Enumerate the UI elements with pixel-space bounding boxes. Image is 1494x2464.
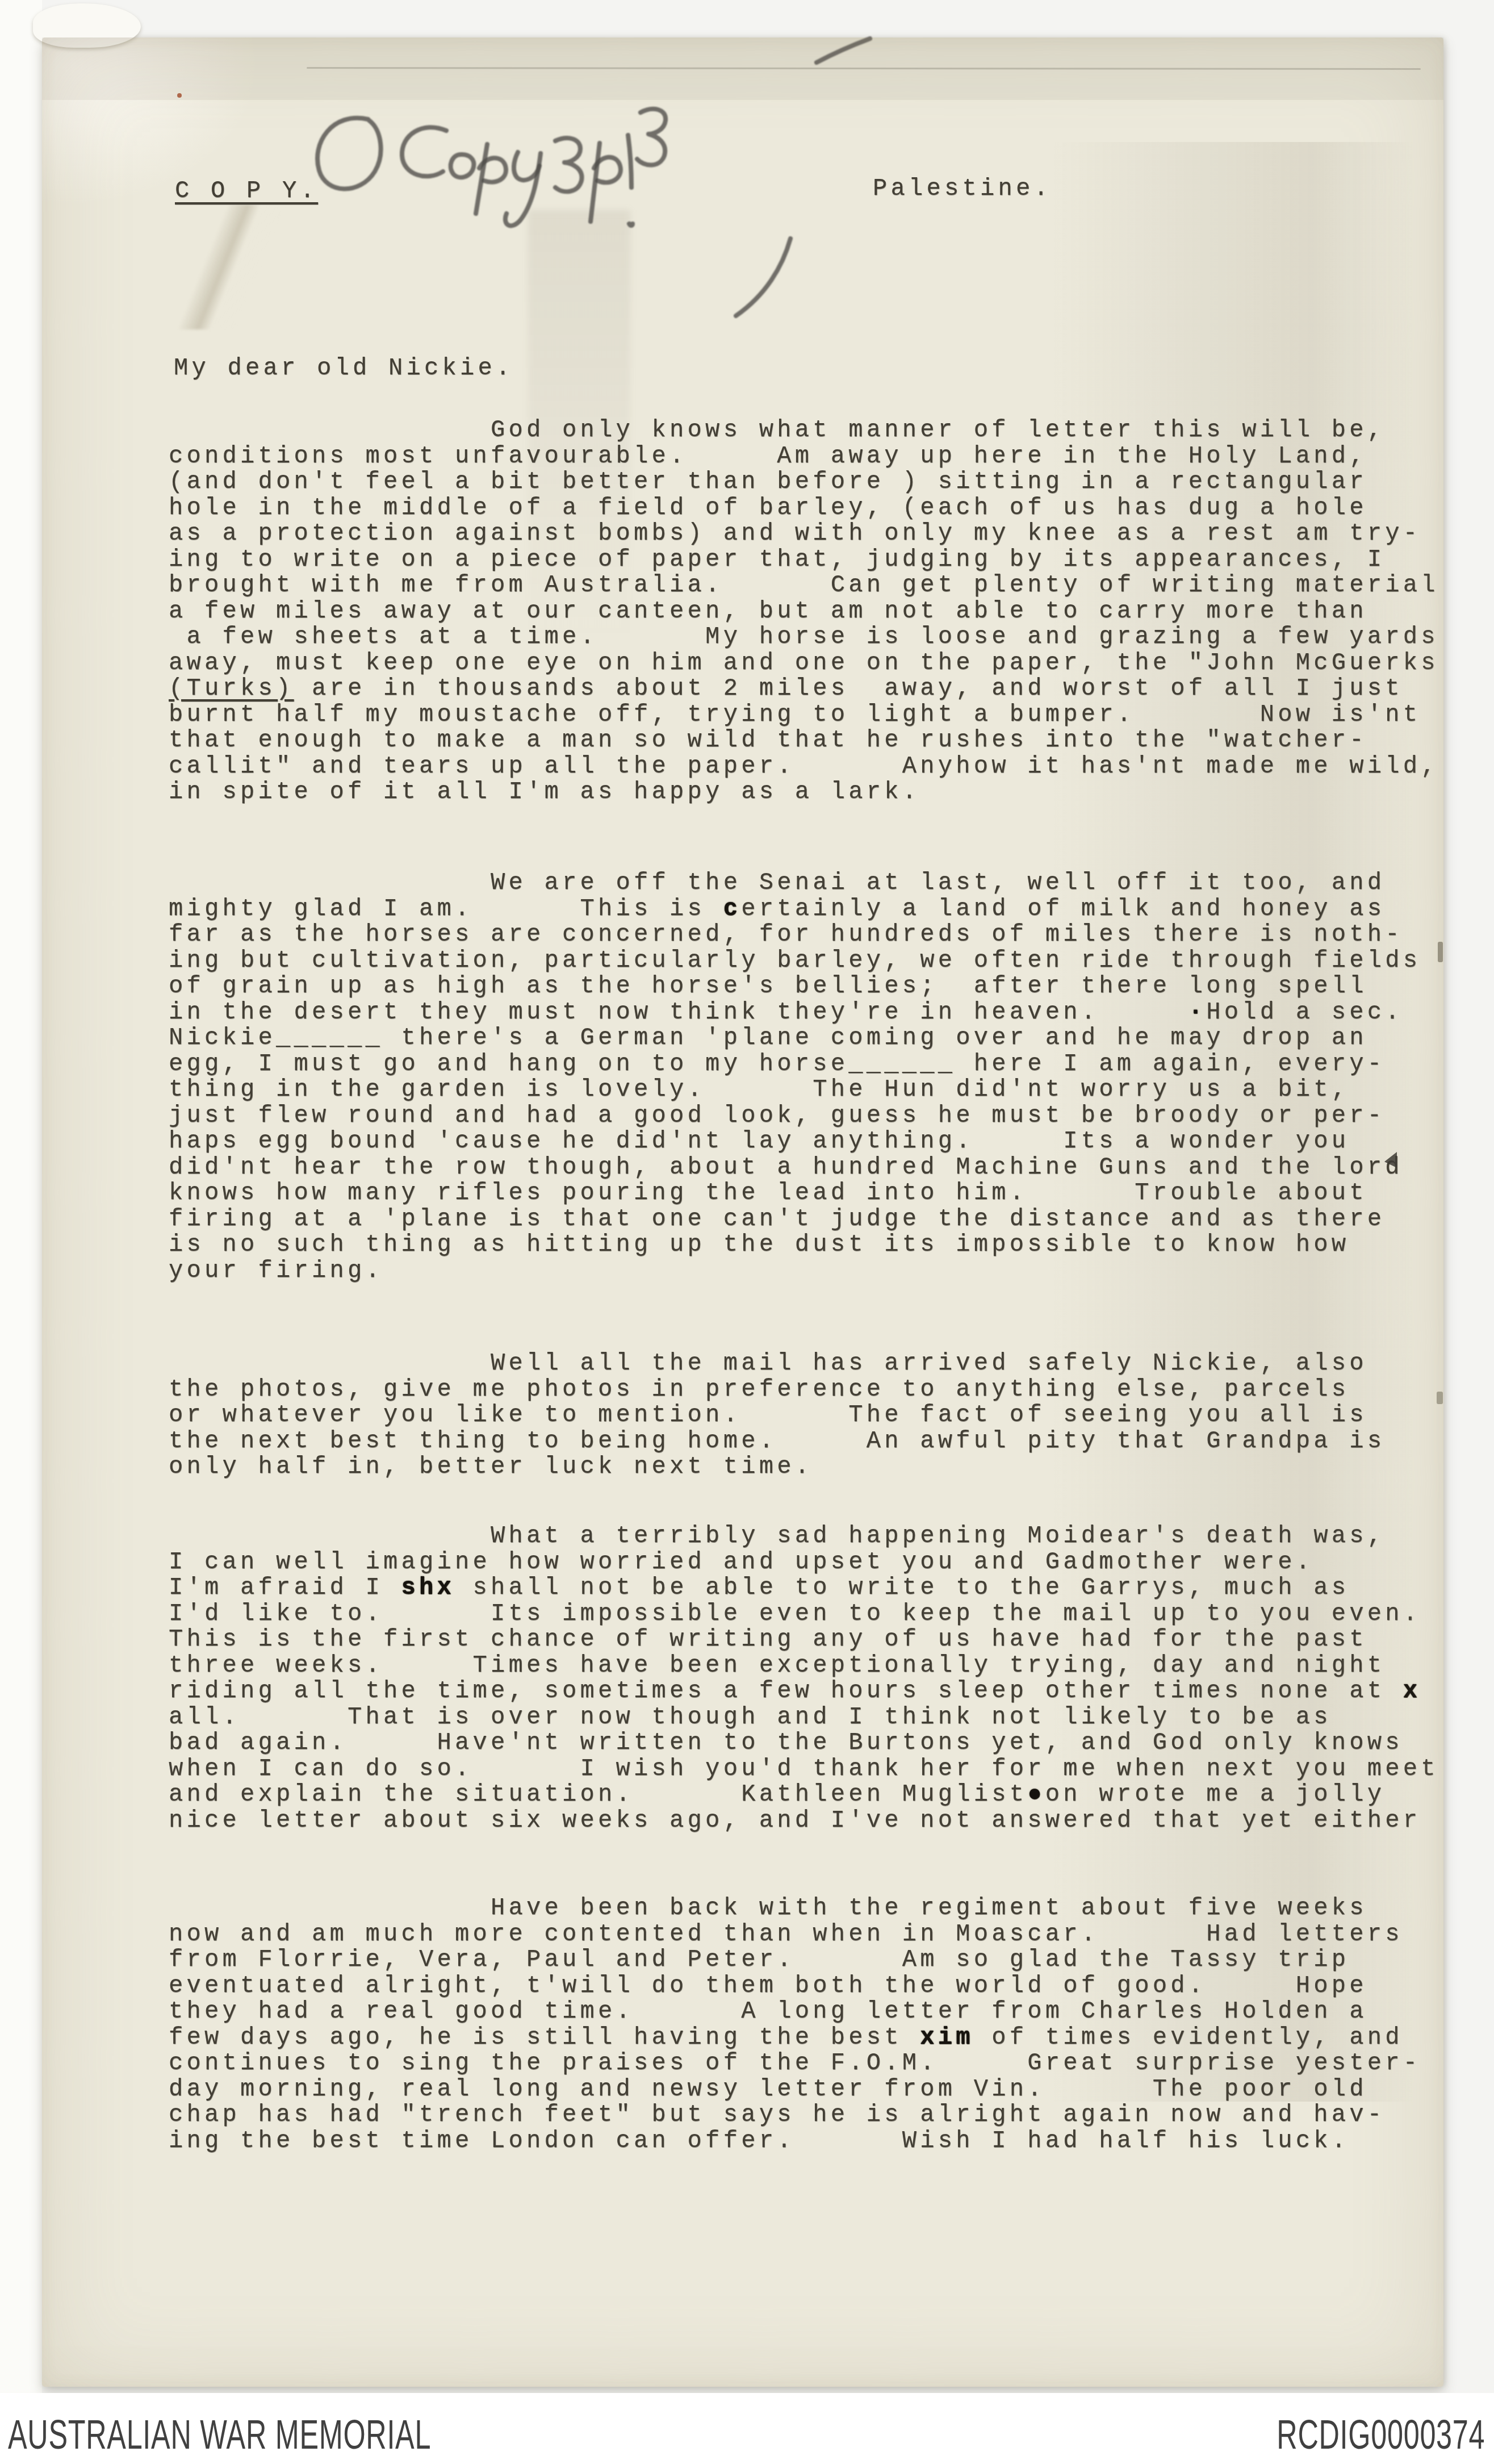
letter-line: We are off the Senai at last, well off i… (169, 870, 1469, 896)
letter-paragraph-5: Have been back with the regiment about f… (169, 1895, 1469, 2154)
letter-line: just flew round and had a good look, gue… (169, 1103, 1469, 1129)
letter-line: all. That is over now though and I think… (169, 1705, 1469, 1731)
letter-line: that enough to make a man so wild that h… (169, 728, 1469, 754)
letter-line: from Florrie, Vera, Paul and Peter. Am s… (169, 1947, 1469, 1973)
letter-line: far as the horses are concerned, for hun… (169, 922, 1469, 948)
letter-line: thing in the garden is lovely. The Hun d… (169, 1077, 1469, 1103)
letter-paragraph-3: Well all the mail has arrived safely Nic… (169, 1351, 1469, 1480)
paper-torn-corner (33, 3, 141, 48)
letter-line: continues to sing the praises of the F.O… (169, 2050, 1469, 2077)
letter-paragraph-2: We are off the Senai at last, well off i… (169, 870, 1469, 1284)
letter-line: the next best thing to being home. An aw… (169, 1429, 1469, 1455)
letter-line: chap has had "trench feet" but says he i… (169, 2102, 1469, 2128)
letter-line: did'nt hear the row though, about a hund… (169, 1155, 1469, 1181)
letter-line: burnt half my moustache off, trying to l… (169, 702, 1469, 728)
letter-line: This is the first chance of writing any … (169, 1627, 1469, 1653)
letter-line: they had a real good time. A long letter… (169, 1999, 1469, 2025)
letter-line: is no such thing as hitting up the dust … (169, 1232, 1469, 1258)
location-label: Palestine. (873, 175, 1052, 202)
archive-name: AUSTRALIAN WAR MEMORIAL (8, 2412, 431, 2458)
letter-line: only half in, better luck next time. (169, 1454, 1469, 1480)
underlined-text: (Turks) (169, 675, 294, 702)
letter-line: brought with me from Australia. Can get … (169, 573, 1469, 599)
letter-line: conditions most unfavourable. Am away up… (169, 444, 1469, 470)
letter-line: when I can do so. I wish you'd thank her… (169, 1756, 1469, 1782)
letter-line: a few sheets at a time. My horse is loos… (169, 624, 1469, 650)
letter-line: three weeks. Times have been exceptional… (169, 1653, 1469, 1679)
letter-line: firing at a 'plane is that one can't jud… (169, 1206, 1469, 1233)
letter-line: the photos, give me photos in preference… (169, 1377, 1469, 1403)
letter-line: ing to write on a piece of paper that, j… (169, 547, 1469, 573)
letter-line: riding all the time, sometimes a few hou… (169, 1678, 1469, 1705)
letter-line: mighty glad I am. This is certainly a la… (169, 896, 1469, 922)
letter-line: hole in the middle of a field of barley,… (169, 495, 1469, 521)
letter-line: eventuated alright, t'will do them both … (169, 1973, 1469, 1999)
letter-line: day morning, real long and newsy letter … (169, 2077, 1469, 2103)
letter-line: nice letter about six weeks ago, and I'v… (169, 1808, 1469, 1834)
copy-label: C O P Y. (175, 177, 318, 204)
overstruck-text: c (723, 895, 742, 922)
letter-line: ing the best time London can offer. Wish… (169, 2128, 1469, 2154)
letter-line: (and don't feel a bit better than before… (169, 469, 1469, 495)
letter-paragraph-4: What a terribly sad happening Moidear's … (169, 1523, 1469, 1834)
letter-line: Well all the mail has arrived safely Nic… (169, 1351, 1469, 1377)
letter-line: now and am much more contented than when… (169, 1922, 1469, 1948)
letter-line: What a terribly sad happening Moidear's … (169, 1523, 1469, 1550)
overstruck-text: ● (1027, 1781, 1045, 1808)
letter-line: your firing. (169, 1258, 1469, 1284)
scan-footer: AUSTRALIAN WAR MEMORIAL RCDIG0000374 (0, 2393, 1494, 2464)
letter-line: haps egg bound 'cause he did'nt lay anyt… (169, 1129, 1469, 1155)
overstruck-text: xim (920, 2024, 974, 2051)
letter-line: in spite of it all I'm as happy as a lar… (169, 779, 1469, 805)
letter-line: callit" and tears up all the paper. Anyh… (169, 754, 1469, 780)
letter-line: as a protection against bombs) and with … (169, 521, 1469, 547)
letter-line: I'd like to. Its impossible even to keep… (169, 1601, 1469, 1627)
letter-line: Have been back with the regiment about f… (169, 1895, 1469, 1922)
letter-line: God only knows what manner of letter thi… (169, 417, 1469, 444)
letter-line: I can well imagine how worried and upset… (169, 1550, 1469, 1576)
overstruck-text: · (1188, 999, 1207, 1026)
letter-line: of grain up as high as the horse's belli… (169, 974, 1469, 1000)
scanned-letter-page: { "document": { "copy_label": "C O P Y."… (0, 0, 1494, 2464)
letter-line: few days ago, he is still having the bes… (169, 2025, 1469, 2051)
letter-line: I'm afraid I shx shall not be able to wr… (169, 1575, 1469, 1601)
letter-line: knows how many rifles pouring the lead i… (169, 1180, 1469, 1206)
letter-line: a few miles away at our canteen, but am … (169, 599, 1469, 625)
letter-line: in the desert they must now think they'r… (169, 1000, 1469, 1026)
overstruck-text: x (1403, 1677, 1421, 1705)
letter-line: or whatever you like to mention. The fac… (169, 1402, 1469, 1429)
letter-line: (Turks) are in thousands about 2 miles a… (169, 676, 1469, 702)
scanner-background-strip (0, 0, 42, 2393)
letter-paragraph-1: God only knows what manner of letter thi… (169, 417, 1469, 805)
letter-line: and explain the situation. Kathleen Mugl… (169, 1782, 1469, 1808)
reference-number: RCDIG0000374 (1277, 2412, 1485, 2458)
letter-line: egg, I must go and hang on to my horse__… (169, 1051, 1469, 1078)
letter-line: bad again. Have'nt written to the Burton… (169, 1730, 1469, 1756)
overstruck-text: shx (401, 1574, 455, 1601)
letter-line: Nickie______ there's a German 'plane com… (169, 1025, 1469, 1051)
letter-line: away, must keep one eye on him and one o… (169, 650, 1469, 676)
letter-line: ing but cultivation, particularly barley… (169, 948, 1469, 974)
salutation: My dear old Nickie. (174, 354, 514, 382)
